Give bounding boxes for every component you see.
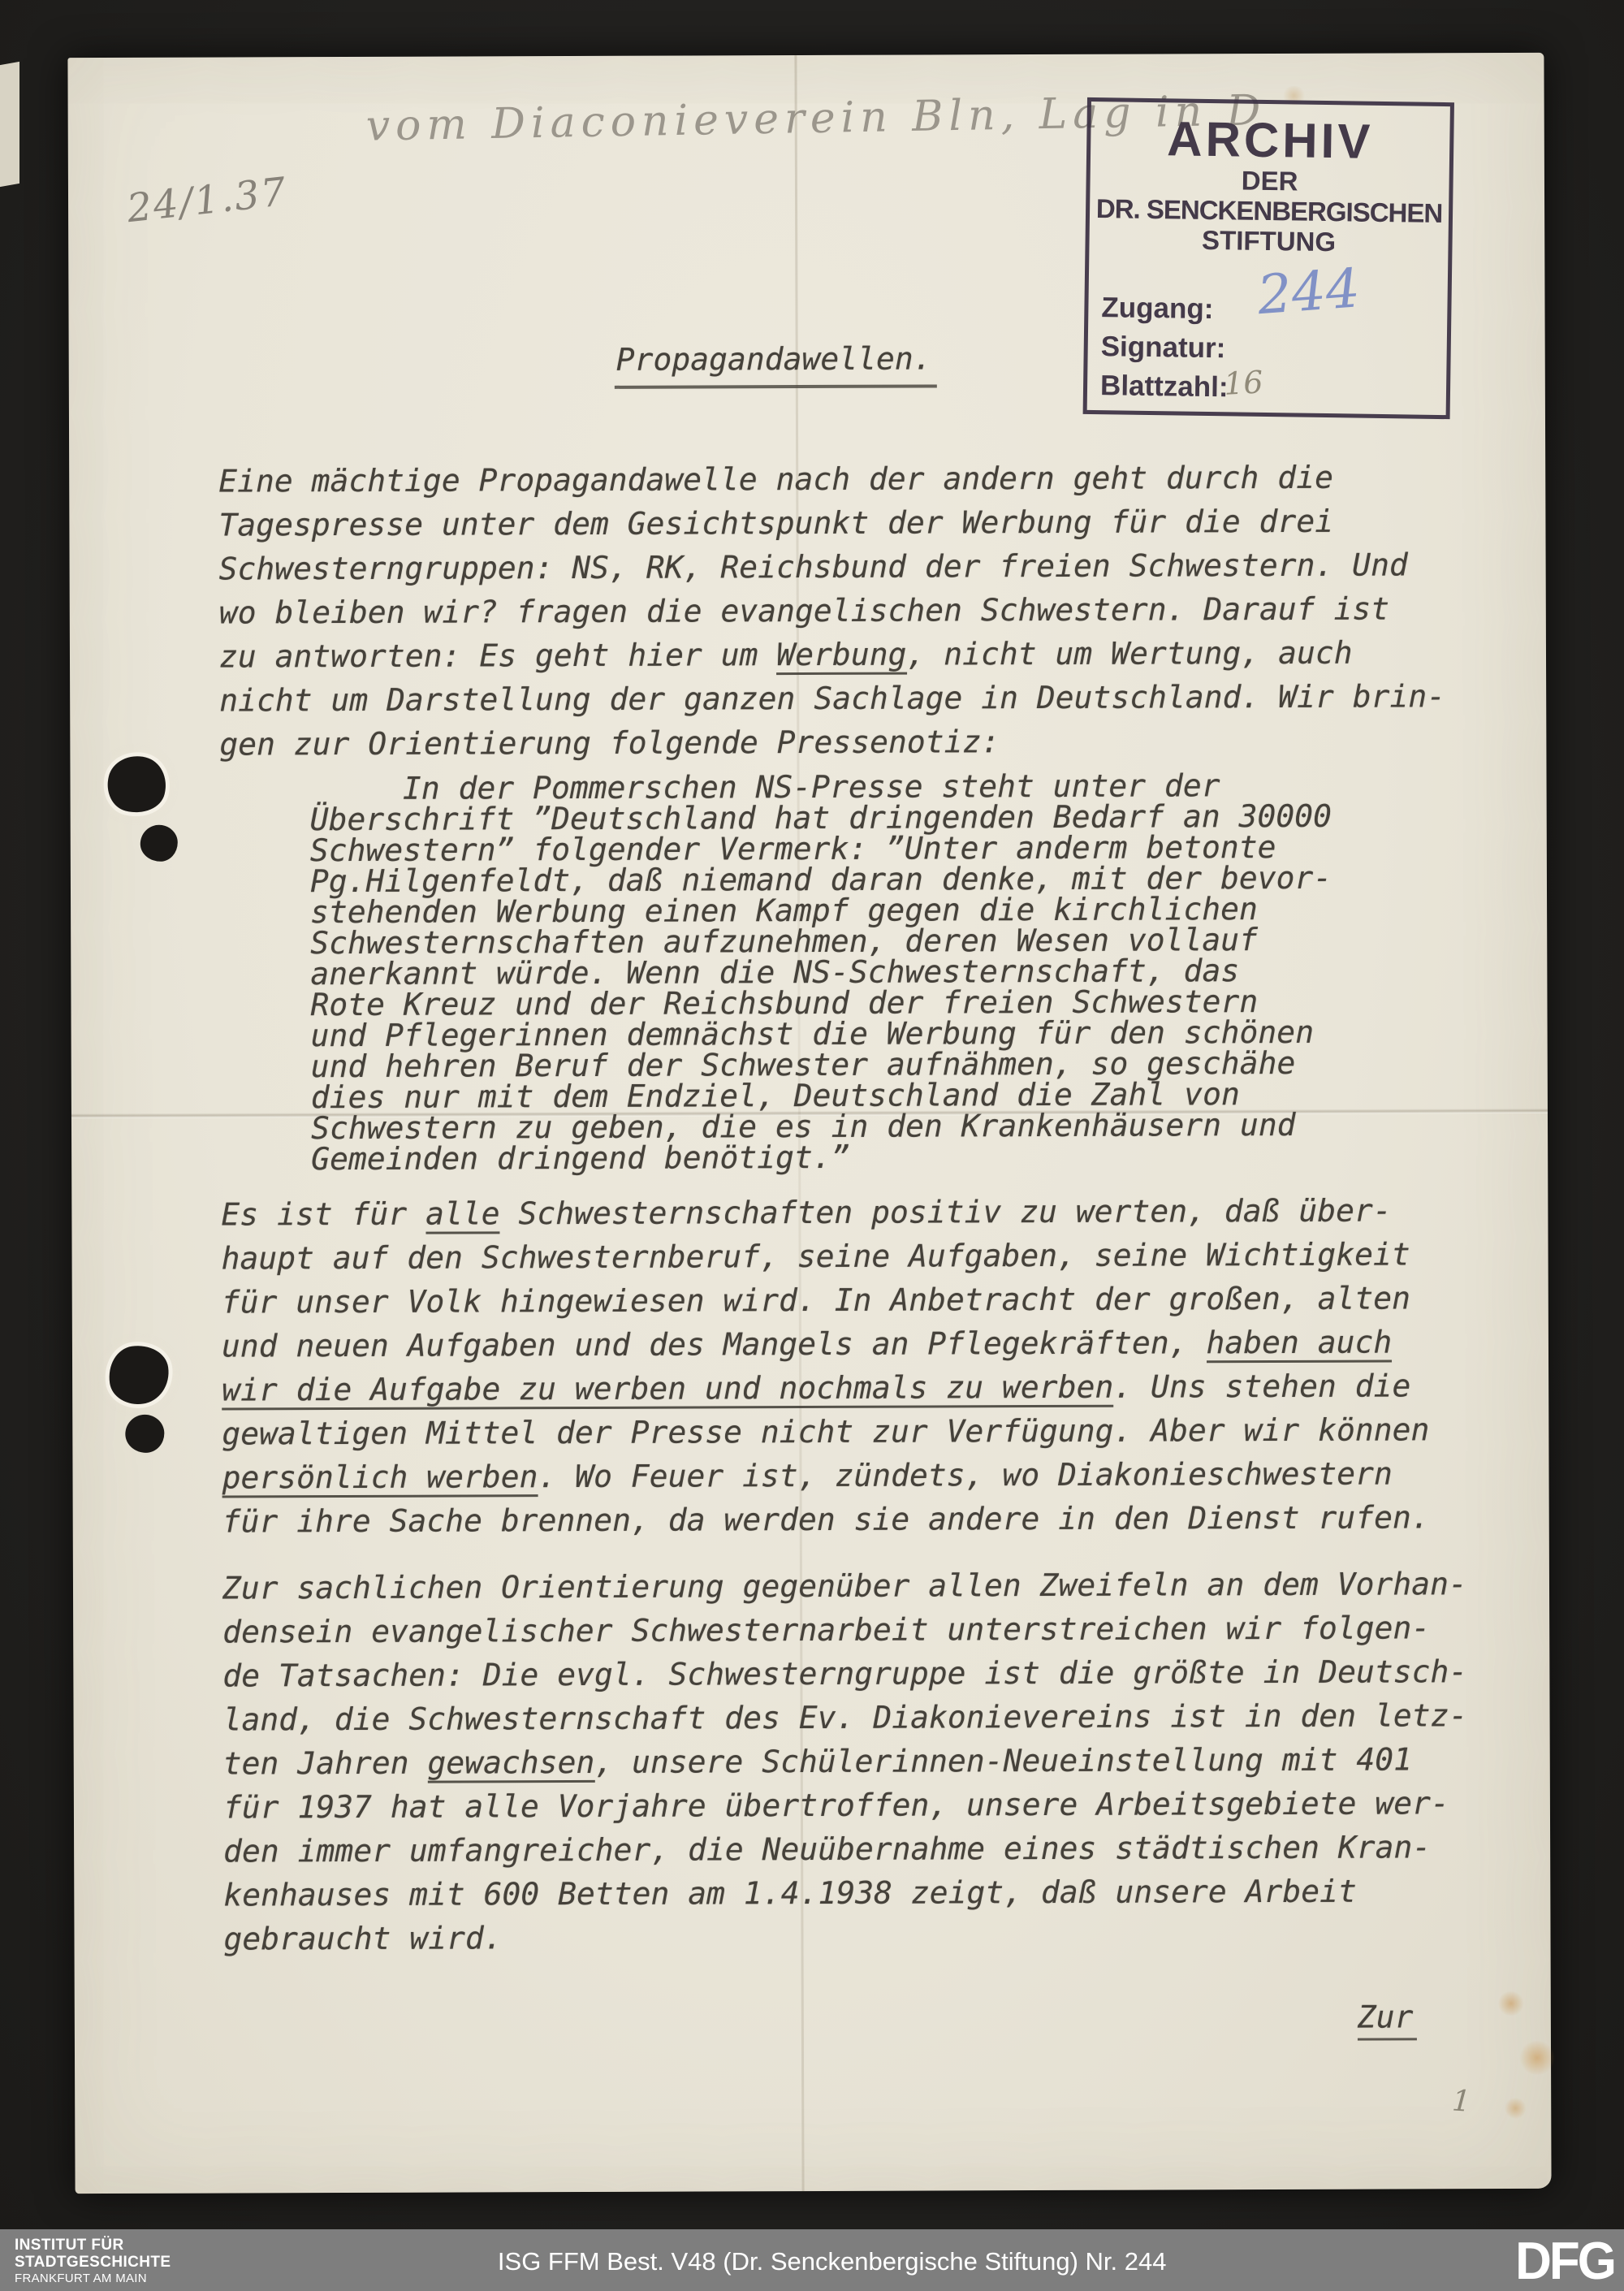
typed-line: gebraucht wird. [223, 1913, 1468, 1960]
stamp-fields: Zugang: Signatur: Blattzahl: [1100, 288, 1229, 407]
archival-reference-caption: ISG FFM Best. V48 (Dr. Senckenbergische … [498, 2247, 1167, 2276]
typed-line: nicht um Darstellung der ganzen Sachlage… [219, 674, 1445, 722]
typed-line: und neuen Aufgaben und des Mangels an Pf… [222, 1320, 1429, 1368]
typed-line: den immer umfangreicher, die Neuübernahm… [223, 1825, 1468, 1873]
paragraph-commentary: Es ist für alle Schwesternschaften posit… [221, 1188, 1430, 1543]
foxing-stain [1518, 2041, 1556, 2075]
paragraph-intro: Eine mächtige Propagandawelle nach der a… [218, 455, 1445, 766]
punch-hole [125, 1415, 164, 1453]
background-sheet-edge [0, 62, 19, 187]
typed-line: für unser Volk hingewiesen wird. In Anbe… [222, 1276, 1429, 1324]
typed-line: land, die Schwesternschaft des Ev. Diako… [222, 1693, 1467, 1741]
institute-name-line2: STADTGESCHICHTE [15, 2254, 171, 2271]
stamp-line-der: DER [1090, 163, 1449, 198]
typed-line: für 1937 hat alle Vorjahre übertroffen, … [223, 1781, 1468, 1829]
paragraph-press-quote: In der Pommerschen NS-Presse steht unter… [309, 770, 1332, 1174]
typed-line: densein evangelischer Schwesternarbeit u… [222, 1606, 1467, 1653]
typed-line: gen zur Orientierung folgende Pressenoti… [219, 718, 1445, 766]
scan-viewer-page: { "colors": { "paper": "#e9e5d8", "typew… [0, 0, 1624, 2291]
handwritten-page-number: 1 [1451, 2084, 1472, 2118]
typed-line: Tagespresse unter dem Gesichtspunkt der … [218, 499, 1445, 547]
typed-line: Es ist für alle Schwesternschaften posit… [221, 1188, 1428, 1236]
document-title: Propagandawellen. [615, 340, 937, 388]
institute-name-line1: INSTITUT FÜR [15, 2237, 171, 2254]
typed-line: haupt auf den Schwesternberuf, seine Auf… [221, 1232, 1428, 1280]
typed-line: Schwesterngruppen: NS, RK, Reichsbund de… [219, 542, 1445, 590]
document-page: vom Diaconieverein Bln, Lag in D 24/1.37… [67, 53, 1551, 2194]
handwritten-date-note: 24/1.37 [125, 169, 290, 231]
punch-hole [105, 1342, 173, 1408]
typed-line: gewaltigen Mittel der Presse nicht zur V… [222, 1407, 1429, 1455]
typed-line: Eine mächtige Propagandawelle nach der a… [218, 455, 1445, 503]
stamp-line-senckenbergischen: DR. SENCKENBERGISCHEN [1090, 193, 1449, 228]
stamp-title: ARCHIV [1091, 113, 1450, 168]
typed-line: persönlich werben. Wo Feuer ist, zündets… [222, 1451, 1429, 1499]
stamp-line-stiftung: STIFTUNG [1089, 223, 1448, 258]
typed-line: Schwestern zu geben, die es in den Krank… [311, 1109, 1332, 1143]
typed-line: wo bleiben wir? fragen die evangelischen… [219, 586, 1445, 634]
stamp-field-signatur: Signatur: [1100, 327, 1229, 368]
institute-logo-block: INSTITUT FÜR STADTGESCHICHTE FRANKFURT A… [15, 2237, 171, 2286]
paragraph-facts: Zur sachlichen Orientierung gegenüber al… [222, 1562, 1469, 1960]
typed-line: zu antworten: Es geht hier um Werbung, n… [219, 630, 1445, 678]
typed-line: Zur sachlichen Orientierung gegenüber al… [222, 1562, 1467, 1610]
typed-line: wir die Aufgabe zu werben und nochmals z… [222, 1364, 1429, 1411]
punch-hole [140, 825, 178, 862]
typed-line: kenhauses mit 600 Betten am 1.4.1938 zei… [223, 1869, 1468, 1917]
institute-name-line3: FRANKFURT AM MAIN [15, 2271, 171, 2286]
stamp-blattzahl-value: 16 [1223, 364, 1264, 402]
stamp-zugang-value: 244 [1255, 257, 1362, 326]
dfg-logo: DFG [1515, 2232, 1614, 2291]
catchword: Zur [1358, 1999, 1417, 2040]
archive-stamp: ARCHIV DER DR. SENCKENBERGISCHEN STIFTUN… [1083, 97, 1454, 419]
typed-line: ten Jahren gewachsen, unsere Schülerinne… [223, 1737, 1468, 1785]
stamp-field-blattzahl: Blattzahl: [1100, 366, 1229, 407]
foxing-stain [1497, 1991, 1525, 2016]
foxing-stain [1504, 2098, 1527, 2119]
typed-line: Gemeinden dringend benötigt.” [311, 1140, 1332, 1174]
viewer-footer-bar: INSTITUT FÜR STADTGESCHICHTE FRANKFURT A… [0, 2229, 1624, 2291]
punch-hole [101, 750, 172, 819]
stamp-field-zugang: Zugang: [1101, 288, 1229, 329]
typed-line: de Tatsachen: Die evgl. Schwesterngruppe… [222, 1649, 1467, 1697]
typed-line: für ihre Sache brennen, da werden sie an… [222, 1495, 1430, 1543]
